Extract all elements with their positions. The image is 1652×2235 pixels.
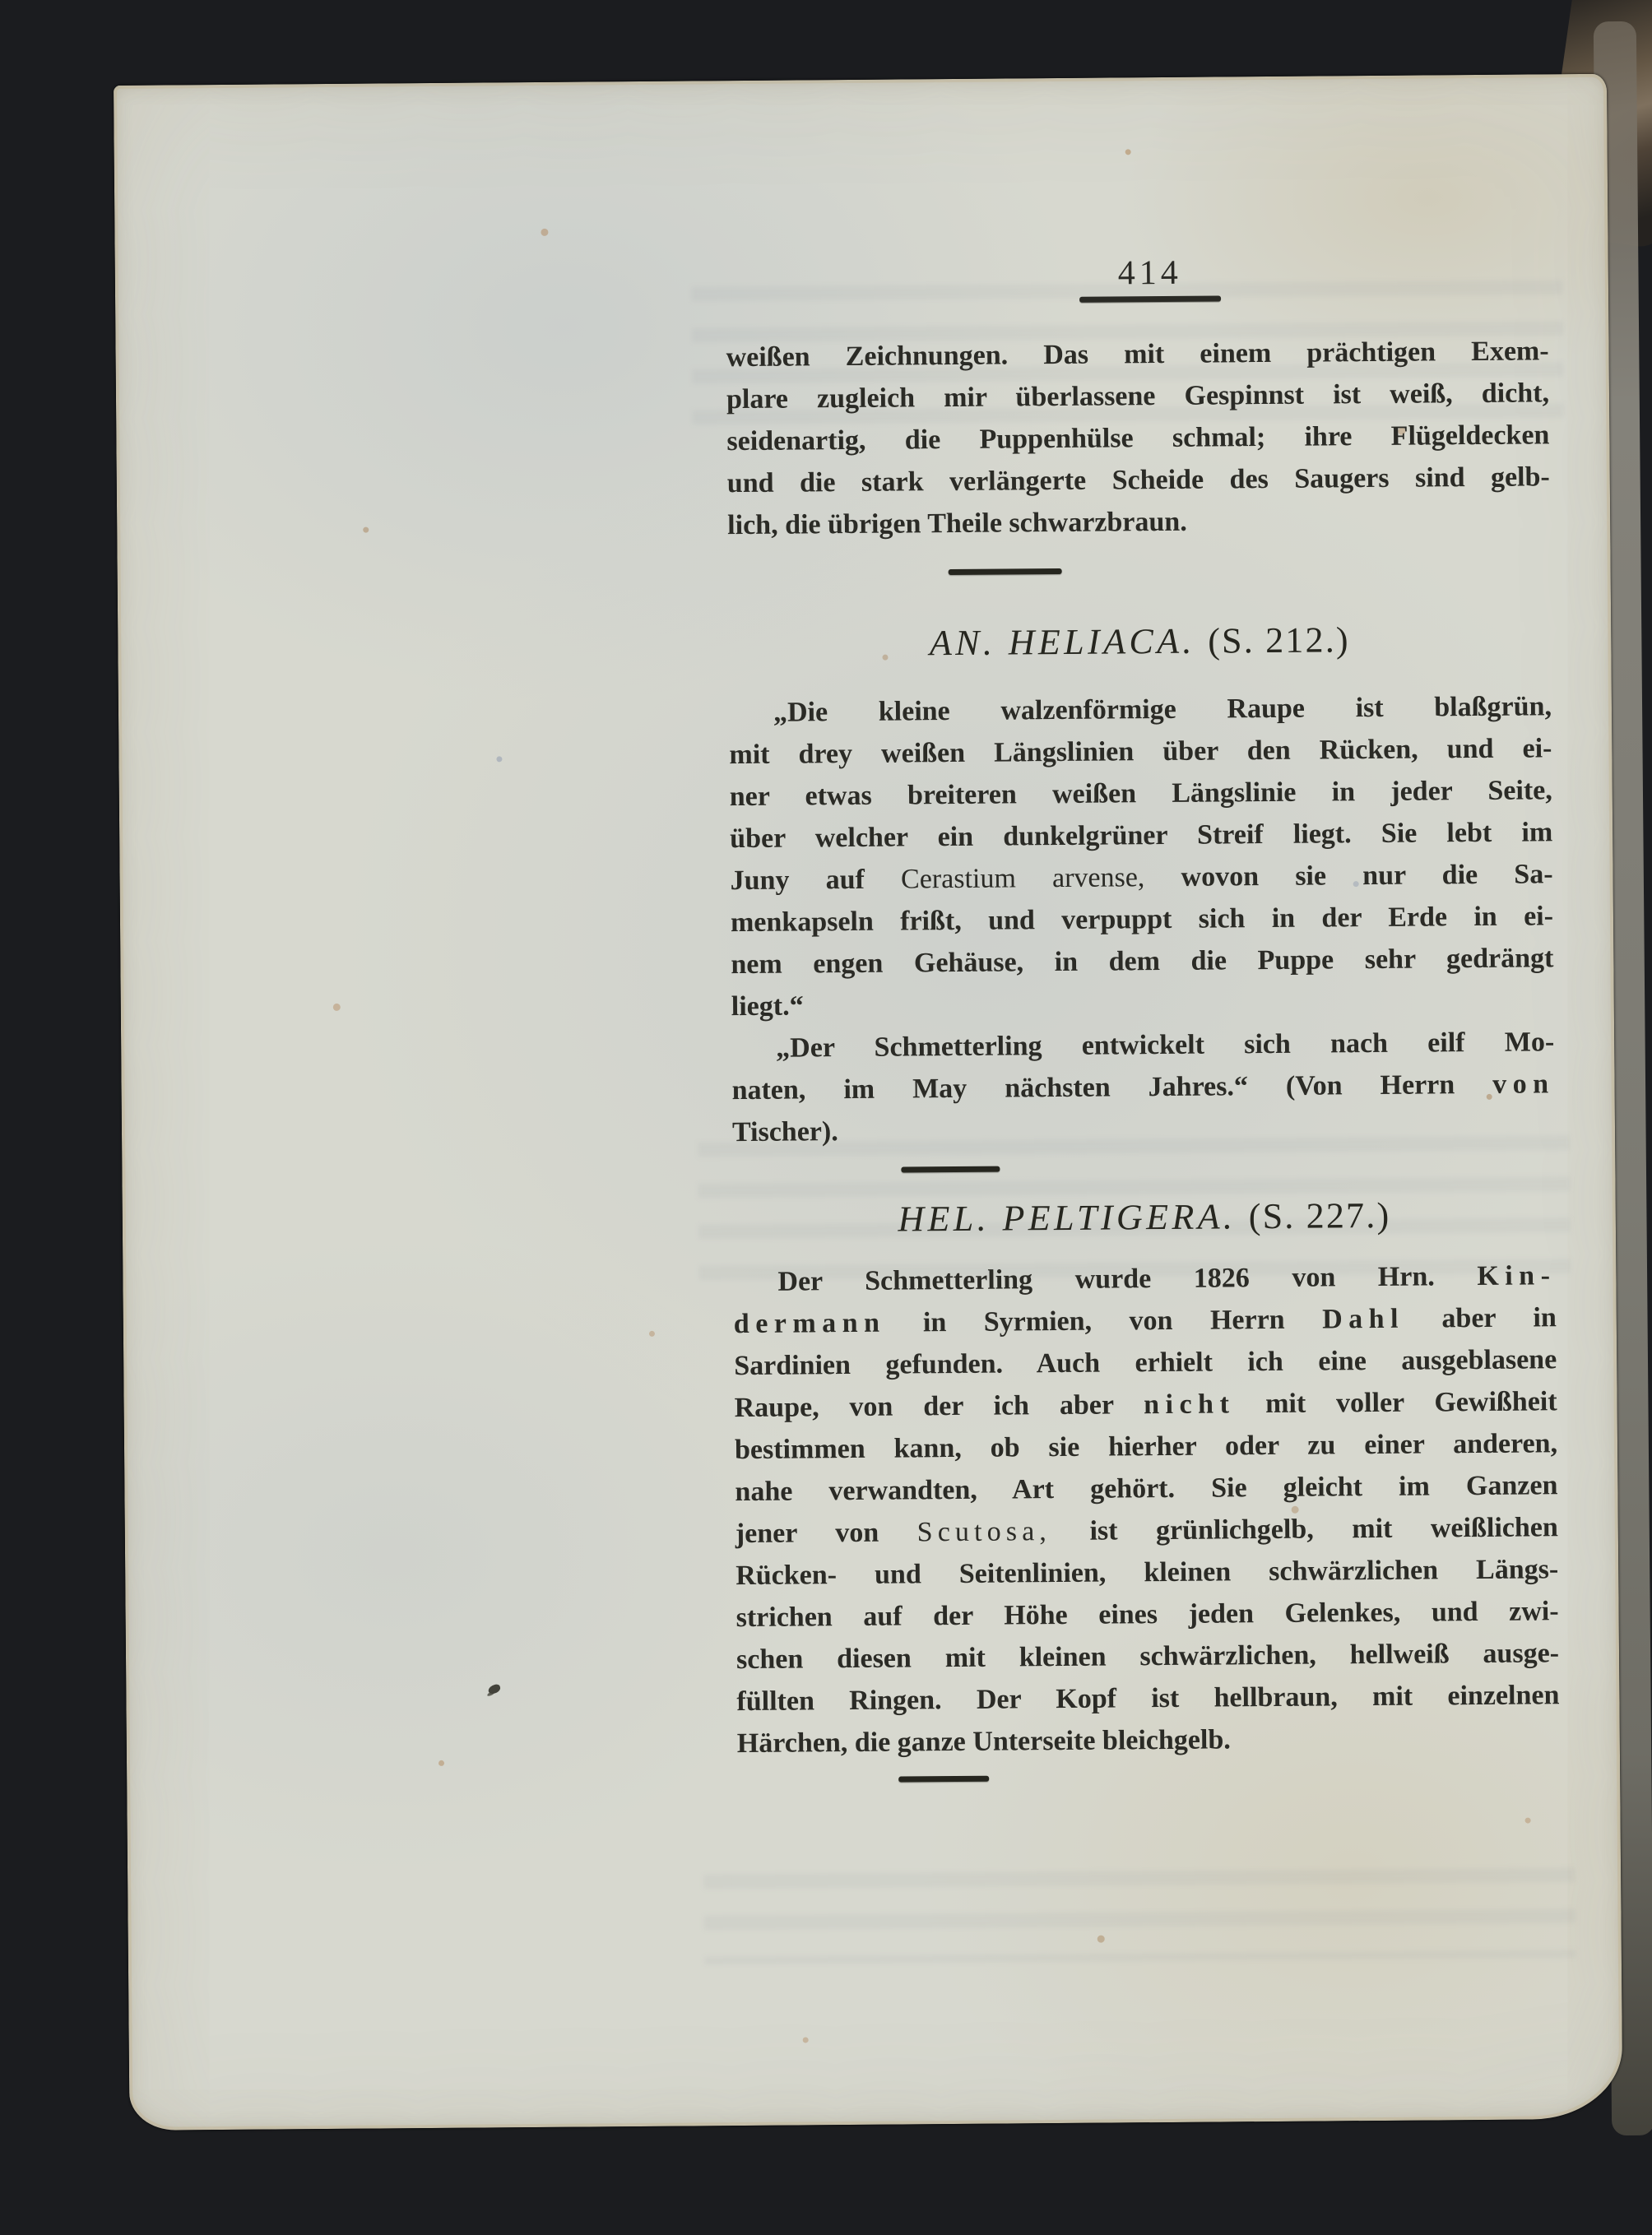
- text-line: „Der Schmetterling entwickelt sich nach …: [731, 1021, 1554, 1069]
- book-page: 414 weißen Zeichnungen. Das mit einem pr…: [114, 74, 1622, 2131]
- text-line: Sardinien gefunden. Auch erhielt ich ein…: [734, 1338, 1557, 1387]
- text-line: „Die kleine walzenförmige Raupe ist blaß…: [729, 685, 1552, 734]
- text-line: über welcher ein dunkelgrüner Streif lie…: [730, 811, 1552, 860]
- text-line: ner etwas breiteren weißen Längslinie in…: [730, 769, 1552, 818]
- text-segment: lich, die übrigen Theile schwarzbraun.: [727, 507, 1187, 540]
- text-line: jener von Scutosa, ist grünlichgelb, mit…: [736, 1506, 1558, 1555]
- scan-background: { "meta": { "document_type": "scanned an…: [0, 0, 1652, 2235]
- text-segment: von: [1492, 1069, 1555, 1100]
- text-segment: nicht: [1144, 1389, 1235, 1420]
- paragraph: „Die kleine walzenförmige Raupe ist blaß…: [729, 685, 1554, 1027]
- section-divider: [898, 1776, 989, 1783]
- text-line: plare zugleich mir überlassene Gespinnst…: [726, 372, 1549, 420]
- text-segment: wovon sie nur die Sa-: [1144, 859, 1553, 893]
- text-segment: „Der Schmetterling entwickelt sich nach …: [776, 1027, 1554, 1063]
- ink-speck: [487, 1683, 501, 1695]
- text-segment: Sardinien gefunden. Auch erhielt ich ein…: [734, 1344, 1557, 1381]
- text-segment: Juny auf: [730, 865, 901, 897]
- section-divider: [901, 1166, 1000, 1173]
- text-line: seidenartig, die Puppenhülse schmal; ihr…: [726, 414, 1549, 462]
- text-line: mit drey weißen Längslinien über den Rüc…: [729, 727, 1552, 776]
- text-segment: Raupe, von der ich aber: [735, 1389, 1144, 1423]
- text-line: menkapseln frißt, und verpuppt sich in d…: [731, 895, 1553, 944]
- text-segment: ist grünlichgelb, mit weißlichen: [1051, 1512, 1558, 1546]
- text-line: liegt.“: [731, 979, 1554, 1027]
- text-segment: und die stark verlängerte Scheide des Sa…: [727, 461, 1550, 498]
- text-line: füllten Ringen. Der Kopf ist hellbraun, …: [736, 1674, 1559, 1723]
- text-segment: Rücken- und Seitenlinien, kleinen schwär…: [736, 1554, 1558, 1591]
- text-line: schen diesen mit kleinen schwärzlichen, …: [736, 1632, 1559, 1681]
- page-number: 414: [1079, 253, 1221, 296]
- section-heading: HEL. PELTIGERA. (S. 227.): [733, 1192, 1556, 1243]
- text-segment: „Die kleine walzenförmige Raupe ist blaß…: [773, 691, 1552, 727]
- text-segment: Cerastium arvense,: [901, 862, 1145, 894]
- text-line: lich, die übrigen Theile schwarzbraun.: [727, 498, 1550, 546]
- foxing-specks: [114, 86, 118, 90]
- text-line: und die stark verlängerte Scheide des Sa…: [727, 456, 1550, 504]
- section-heading: AN. HELIACA. (S. 212.): [728, 616, 1551, 667]
- text-segment: dermann: [734, 1308, 886, 1339]
- text-segment: ner etwas breiteren weißen Längslinie in…: [730, 775, 1552, 812]
- text-line: naten, im May nächsten Jahres.“ (Von Her…: [731, 1063, 1554, 1111]
- page-number-block: 414: [1079, 253, 1221, 302]
- text-line: Tischer).: [732, 1105, 1555, 1153]
- text-line: nahe verwandten, Art gehört. Sie gleicht…: [735, 1464, 1557, 1513]
- text-line: Rücken- und Seitenlinien, kleinen schwär…: [736, 1548, 1558, 1597]
- text-segment: plare zugleich mir überlassene Gespinnst…: [726, 378, 1549, 415]
- text-line: strichen auf der Höhe eines jeden Gelenk…: [736, 1590, 1558, 1639]
- paragraph: weißen Zeichnungen. Das mit einem prächt…: [726, 330, 1550, 546]
- text-line: Juny auf Cerastium arvense, wovon sie nu…: [730, 853, 1552, 902]
- text-segment: Dahl: [1322, 1304, 1404, 1335]
- text-segment: Der Schmetterling wurde 1826 von Hrn.: [777, 1261, 1477, 1297]
- text-segment: mit drey weißen Längslinien über den Rüc…: [729, 733, 1552, 770]
- text-line: bestimmen kann, ob sie hierher oder zu e…: [735, 1422, 1557, 1471]
- text-segment: Härchen, die ganze Unterseite bleichgelb…: [737, 1724, 1231, 1759]
- text-segment: AN. HELIACA.: [930, 621, 1209, 664]
- text-segment: Tischer).: [732, 1116, 838, 1148]
- text-segment: bestimmen kann, ob sie hierher oder zu e…: [735, 1428, 1557, 1465]
- text-segment: füllten Ringen. Der Kopf ist hellbraun, …: [736, 1680, 1559, 1717]
- text-segment: nem engen Gehäuse, in dem die Puppe sehr…: [731, 943, 1553, 980]
- text-segment: mit voller Gewißheit: [1235, 1386, 1557, 1419]
- text-segment: Scutosa,: [917, 1516, 1052, 1547]
- text-segment: schen diesen mit kleinen schwärzlichen, …: [736, 1638, 1559, 1675]
- text-segment: jener von: [736, 1517, 917, 1549]
- text-segment: HEL. PELTIGERA.: [898, 1196, 1249, 1239]
- text-line: Härchen, die ganze Unterseite bleichgelb…: [737, 1716, 1560, 1764]
- text-segment: menkapseln frißt, und verpuppt sich in d…: [731, 901, 1553, 938]
- paragraph: Der Schmetterling wurde 1826 von Hrn. Ki…: [733, 1254, 1560, 1764]
- page-number-rule: [1079, 295, 1221, 302]
- text-column: 414 weißen Zeichnungen. Das mit einem pr…: [726, 239, 1561, 1783]
- text-line: nem engen Gehäuse, in dem die Puppe sehr…: [731, 937, 1553, 985]
- text-segment: weißen Zeichnungen. Das mit einem prächt…: [726, 336, 1548, 373]
- section-divider: [949, 568, 1062, 575]
- text-segment: aber in: [1404, 1302, 1557, 1333]
- text-segment: (S. 227.): [1249, 1195, 1391, 1236]
- text-segment: strichen auf der Höhe eines jeden Gelenk…: [736, 1596, 1559, 1633]
- text-line: dermann in Syrmien, von Herrn Dahl aber …: [734, 1296, 1557, 1345]
- paragraph: „Der Schmetterling entwickelt sich nach …: [731, 1021, 1555, 1153]
- text-segment: (S. 212.): [1208, 619, 1350, 661]
- text-segment: Kin-: [1477, 1260, 1556, 1291]
- text-segment: seidenartig, die Puppenhülse schmal; ihr…: [726, 420, 1549, 457]
- text-segment: liegt.“: [731, 990, 804, 1022]
- text-segment: naten, im May nächsten Jahres.“ (Von Her…: [731, 1069, 1492, 1106]
- text-segment: nahe verwandten, Art gehört. Sie gleicht…: [735, 1470, 1557, 1507]
- text-line: Raupe, von der ich aber nicht mit voller…: [734, 1380, 1557, 1429]
- text-line: weißen Zeichnungen. Das mit einem prächt…: [726, 330, 1548, 378]
- text-segment: über welcher ein dunkelgrüner Streif lie…: [730, 817, 1552, 854]
- verso-show-through: [703, 1867, 1576, 1964]
- text-segment: in Syrmien, von Herrn: [885, 1305, 1322, 1338]
- text-line: Der Schmetterling wurde 1826 von Hrn. Ki…: [733, 1254, 1556, 1303]
